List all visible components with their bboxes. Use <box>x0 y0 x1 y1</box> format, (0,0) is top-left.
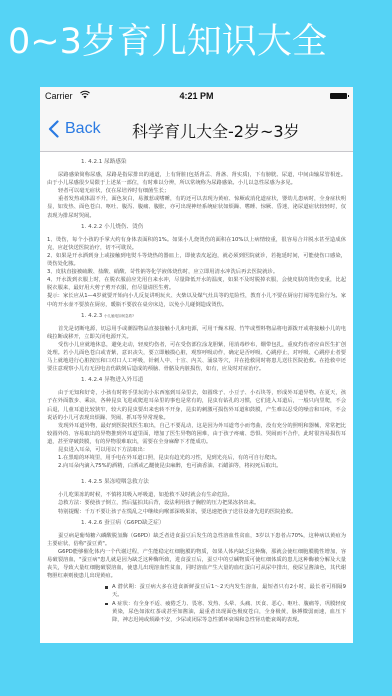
phone-screen: Carrier 4:21 PM Back 科学育儿大全-2岁~3岁 1. 4.2… <box>40 87 353 643</box>
status-bar: Carrier 4:21 PM <box>40 87 353 107</box>
paragraph: 首先是切断电源，切忌用手或潮湿物品直接接触小儿和电源，可用干燥木棍、竹竿或塑料物… <box>47 325 346 341</box>
section-heading: 1. 4.2.5 果冻噎咽急救方法 <box>47 478 346 486</box>
paragraph: 受伤小儿应就地休息，避免走动，轻度灼伤者，可在受伤部位涂龙胆紫，用消毒纱布，绷带… <box>47 341 346 373</box>
section-heading: 1. 4.2.6 蚕豆病（G6PD缺乏症） <box>47 519 346 527</box>
section-number: 1. 4.2.3 <box>81 313 102 319</box>
chevron-left-icon <box>48 120 59 138</box>
back-label: Back <box>65 120 101 138</box>
bullet-item: A 潜伏期：蚕豆病大多在进食新鲜蚕豆后1～2天内发生溶血，最短者只有2小时，最长… <box>112 583 346 599</box>
section-heading: 1. 4.2.3 小儿触电如何急救? <box>47 312 346 320</box>
paragraph: 2、如果是开水洒到身上或接触到电熨斗等烧热的器皿上，即使表皮起泡，就必须到医院就… <box>47 252 346 268</box>
section-heading: 1. 4.2.1 尿路感染 <box>47 158 346 166</box>
page-title: 科学育儿大全-2岁~3岁 <box>132 119 300 142</box>
document-content[interactable]: 1. 4.2.1 尿路感染 尿路感染简称尿感，尿路是指尿排出的通道，上有肾脏(包… <box>40 152 353 643</box>
paragraph: 发现外耳道异物，最好到医院找医生取出，自己不要乱动，这是因为外耳道弯小而弯曲，没… <box>47 422 346 446</box>
paragraph: 3、皮肤直接被硫酸、盐酸、硝酸、苛性钠等化学液体烧伤时，应立即用清水冲洗后再去医… <box>47 268 346 276</box>
bullet-item: A 症状：有全身不适、疲倦乏力、畏寒、发热、头晕、头痛、厌食、恶心、呕吐、腹痛等… <box>112 600 346 624</box>
back-button[interactable]: Back <box>48 117 101 141</box>
paragraph: 特别提醒：千万不要让孩子在慌乱之中继续向喉部深吸果冻，要迅速把孩子送往设备先进的… <box>47 508 346 516</box>
paragraph: 1、烫伤，每个小孩的手掌大约有身体表面积的1%。如果小儿烧烫伤的面积在10%以上… <box>47 236 346 252</box>
paragraph: 急救方法：要使孩子倒立，然后猛拍其后背，设法利用孩子胸腔的压力把果冻挤出来。 <box>47 499 346 507</box>
promo-banner-title: 0~3岁育儿知识大全 <box>0 14 392 70</box>
paragraph: 1.在黑暗的环境里，用手电在外耳道口照，昆虫有趋光的习性，见到光亮后，有的可自行… <box>47 454 346 462</box>
paragraph: 4、开水泼到衣服上时，在脱衣服前应先用自来水冲，尽量降低开水的温度，如果不及时脱… <box>47 276 346 292</box>
section-heading: 1. 4.2.2 小儿烧伤、烫伤 <box>47 223 346 231</box>
paragraph: 小儿吃果冻的时候，不慎将其吸入呼吸道，如抢救不及时就会有生命危险。 <box>47 491 346 499</box>
paragraph: 尿路感染简称尿感，尿路是指尿排出的通道，上有肾脏(包括肾盂、肾盏、肾实质)，下有… <box>47 171 346 187</box>
paragraph: 2.向耳朵内滴入75%的酒精，白酒或乙醚使昆虫麻醉，也可滴香油、石蜡油等，将闷死… <box>47 462 346 470</box>
section-title: 小儿触电如何急救? <box>104 314 134 318</box>
paragraph: G6PD能够催化体内一个代谢过程，产生能稳定红细胞膜的物质，如果人体内缺乏这种酶… <box>47 548 346 580</box>
paragraph: 轻者可以毫无症状，仅在尿培养时有细菌生长； <box>47 187 346 195</box>
bullet-list: A 潜伏期：蚕豆病大多在进食新鲜蚕豆后1～2天内发生溶血，最短者只有2小时，最长… <box>47 583 346 623</box>
clock: 4:21 PM <box>40 91 353 101</box>
section-heading: 1. 4.2.4 异物进入外耳道 <box>47 376 346 384</box>
paragraph: 由于无知和好奇，小孩有时将手里玩的小东西塞到耳朵里去，如圆珠子、小豆子、小石块等… <box>47 389 346 421</box>
paragraph: 蚕豆病是葡萄糖六磷酸脱氢酶（G6PD）缺乏者进食蚕豆后发生的急性溶血性贫血，3岁… <box>47 532 346 548</box>
paragraph: 昆虫进入耳朵，可以用以下方法取出： <box>47 446 346 454</box>
paragraph: 提示：家长应从1—4岁就要开始向小儿反复讲明玩火、火柴以及煤气灶具等的危险性，教… <box>47 292 346 308</box>
battery-icon <box>330 93 347 99</box>
paragraph: 重者发热或体温不升，面色灰白，易激惹或嗜睡，有的还可以表现为黄疸、惊厥或消化道症… <box>47 195 346 219</box>
navigation-bar: Back 科学育儿大全-2岁~3岁 <box>40 107 353 152</box>
